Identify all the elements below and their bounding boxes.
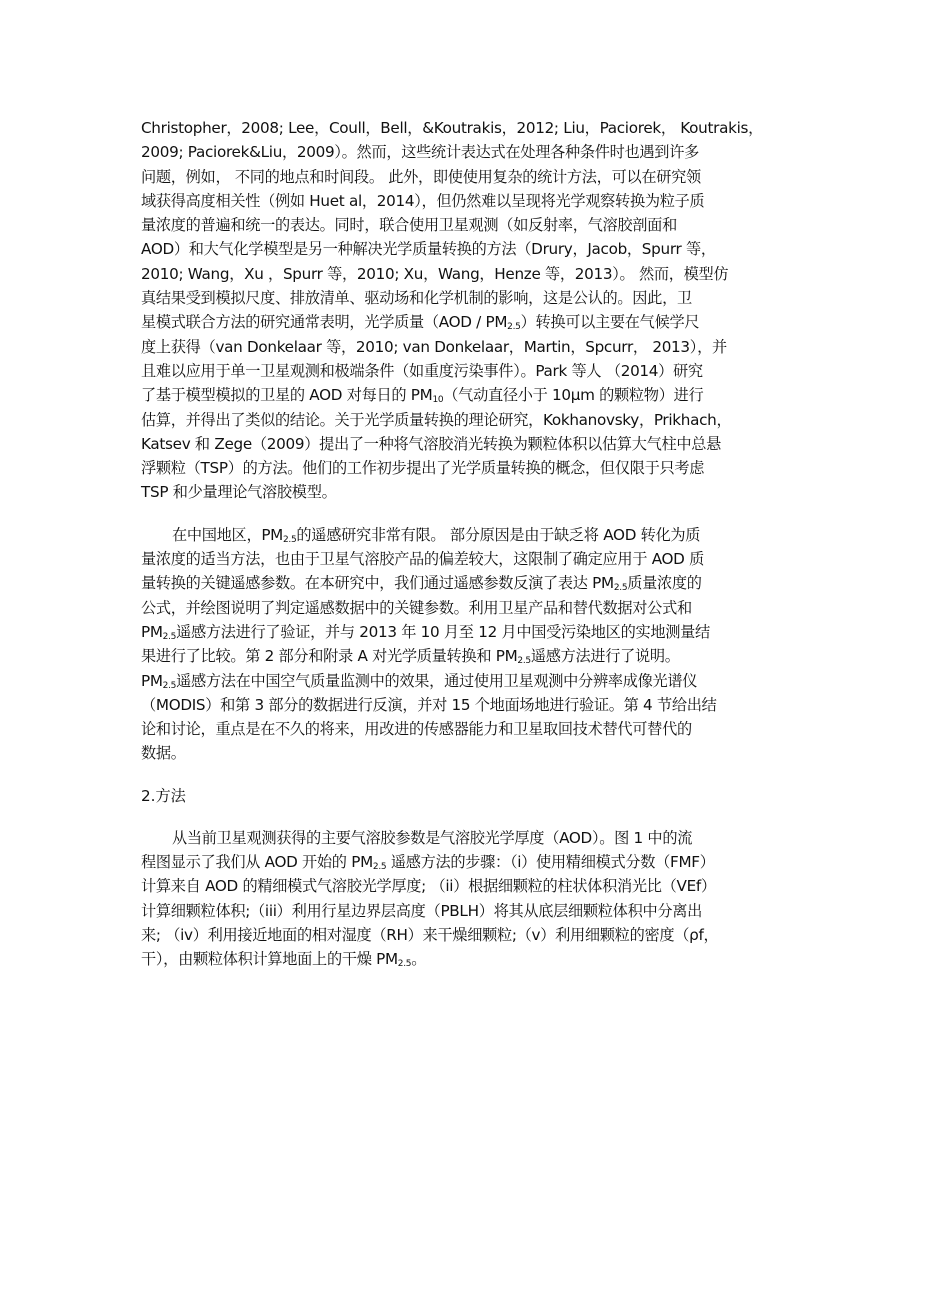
text-line: 2009; Paciorek&Liu，2009）。然而，这些统计表达式在处理各种… bbox=[141, 140, 806, 164]
subscript: 2.5 bbox=[507, 322, 520, 332]
section-heading-methods: 2.方法 bbox=[141, 784, 806, 808]
subscript: 10 bbox=[432, 395, 443, 405]
text-line: 度上获得（van Donkelaar 等，2010; van Donkelaar… bbox=[141, 335, 806, 359]
paragraph-spacer bbox=[141, 808, 806, 826]
paragraph-spacer bbox=[141, 766, 806, 784]
paragraph-intro-review: Christopher，2008; Lee，Coull，Bell，&Koutra… bbox=[141, 116, 806, 505]
text-line: AOD）和大气化学模型是另一种解决光学质量转换的方法（Drury，Jacob，S… bbox=[141, 237, 806, 261]
subscript: 2.5 bbox=[163, 632, 176, 642]
text-line: 量浓度的适当方法，也由于卫星气溶胶产品的偏差较大，这限制了确定应用于 AOD 质 bbox=[141, 547, 806, 571]
text-line: 估算，并得出了类似的结论。关于光学质量转换的理论研究，Kokhanovsky，P… bbox=[141, 408, 806, 432]
text-line: 在中国地区，PM2.5的遥感研究非常有限。 部分原因是由于缺乏将 AOD 转化为… bbox=[141, 523, 806, 547]
subscript: 2.5 bbox=[283, 535, 296, 545]
text-line: 域获得高度相关性（例如 Huet al，2014），但仍然难以呈现将光学观察转换… bbox=[141, 189, 806, 213]
paragraph-methods: 从当前卫星观测获得的主要气溶胶参数是气溶胶光学厚度（AOD）。图 1 中的流程图… bbox=[141, 826, 806, 972]
text-line: 星模式联合方法的研究通常表明，光学质量（AOD / PM2.5）转换可以主要在气… bbox=[141, 310, 806, 334]
paragraph-spacer bbox=[141, 505, 806, 523]
text-line: 公式，并绘图说明了判定遥感数据中的关键参数。利用卫星产品和替代数据对公式和 bbox=[141, 596, 806, 620]
text-line: 程图显示了我们从 AOD 开始的 PM2.5 遥感方法的步骤：（i）使用精细模式… bbox=[141, 850, 806, 874]
text-line: 且难以应用于单一卫星观测和极端条件（如重度污染事件）。Park 等人 （2014… bbox=[141, 359, 806, 383]
text-line: 量浓度的普遍和统一的表达。同时，联合使用卫星观测（如反射率，气溶胶剖面和 bbox=[141, 213, 806, 237]
text-line: 果进行了比较。第 2 部分和附录 A 对光学质量转换和 PM2.5遥感方法进行了… bbox=[141, 644, 806, 668]
text-line: （MODIS）和第 3 部分的数据进行反演，并对 15 个地面场地进行验证。第 … bbox=[141, 693, 806, 717]
text-line: 量转换的关键遥感参数。在本研究中，我们通过遥感参数反演了表达 PM2.5质量浓度… bbox=[141, 571, 806, 595]
subscript: 2.5 bbox=[373, 862, 386, 872]
text-line: 计算细颗粒体积;（iii）利用行星边界层高度（PBLH）将其从底层细颗粒体积中分… bbox=[141, 899, 806, 923]
document-page: Christopher，2008; Lee，Coull，Bell，&Koutra… bbox=[141, 116, 806, 972]
text-line: 了基于模型模拟的卫星的 AOD 对每日的 PM10（气动直径小于 10μm 的颗… bbox=[141, 383, 806, 407]
text-line: 计算来自 AOD 的精细模式气溶胶光学厚度; （ii）根据细颗粒的柱状体积消光比… bbox=[141, 874, 806, 898]
text-line: PM2.5遥感方法进行了验证，并与 2013 年 10 月至 12 月中国受污染… bbox=[141, 620, 806, 644]
subscript: 2.5 bbox=[614, 583, 627, 593]
text-line: Christopher，2008; Lee，Coull，Bell，&Koutra… bbox=[141, 116, 806, 140]
paragraph-study-overview: 在中国地区，PM2.5的遥感研究非常有限。 部分原因是由于缺乏将 AOD 转化为… bbox=[141, 523, 806, 766]
text-line: Katsev 和 Zege（2009）提出了一种将气溶胶消光转换为颗粒体积以估算… bbox=[141, 432, 806, 456]
text-line: 来; （iv）利用接近地面的相对湿度（RH）来干燥细颗粒;（v）利用细颗粒的密度… bbox=[141, 923, 806, 947]
subscript: 2.5 bbox=[398, 959, 411, 969]
text-line: TSP 和少量理论气溶胶模型。 bbox=[141, 480, 806, 504]
text-line: 浮颗粒（TSP）的方法。他们的工作初步提出了光学质量转换的概念，但仅限于只考虑 bbox=[141, 456, 806, 480]
text-line: 真结果受到模拟尺度、排放清单、驱动场和化学机制的影响，这是公认的。因此，卫 bbox=[141, 286, 806, 310]
text-line: 干），由颗粒体积计算地面上的干燥 PM2.5。 bbox=[141, 947, 806, 971]
subscript: 2.5 bbox=[163, 681, 176, 691]
text-line: 从当前卫星观测获得的主要气溶胶参数是气溶胶光学厚度（AOD）。图 1 中的流 bbox=[141, 826, 806, 850]
subscript: 2.5 bbox=[517, 656, 530, 666]
text-line: 2010; Wang，Xu ，Spurr 等，2010; Xu，Wang，Hen… bbox=[141, 262, 806, 286]
text-line: PM2.5遥感方法在中国空气质量监测中的效果，通过使用卫星观测中分辨率成像光谱仪 bbox=[141, 669, 806, 693]
text-line: 数据。 bbox=[141, 741, 806, 765]
text-line: 问题，例如， 不同的地点和时间段。 此外，即使使用复杂的统计方法，可以在研究领 bbox=[141, 165, 806, 189]
text-line: 论和讨论，重点是在不久的将来，用改进的传感器能力和卫星取回技术替代可替代的 bbox=[141, 717, 806, 741]
